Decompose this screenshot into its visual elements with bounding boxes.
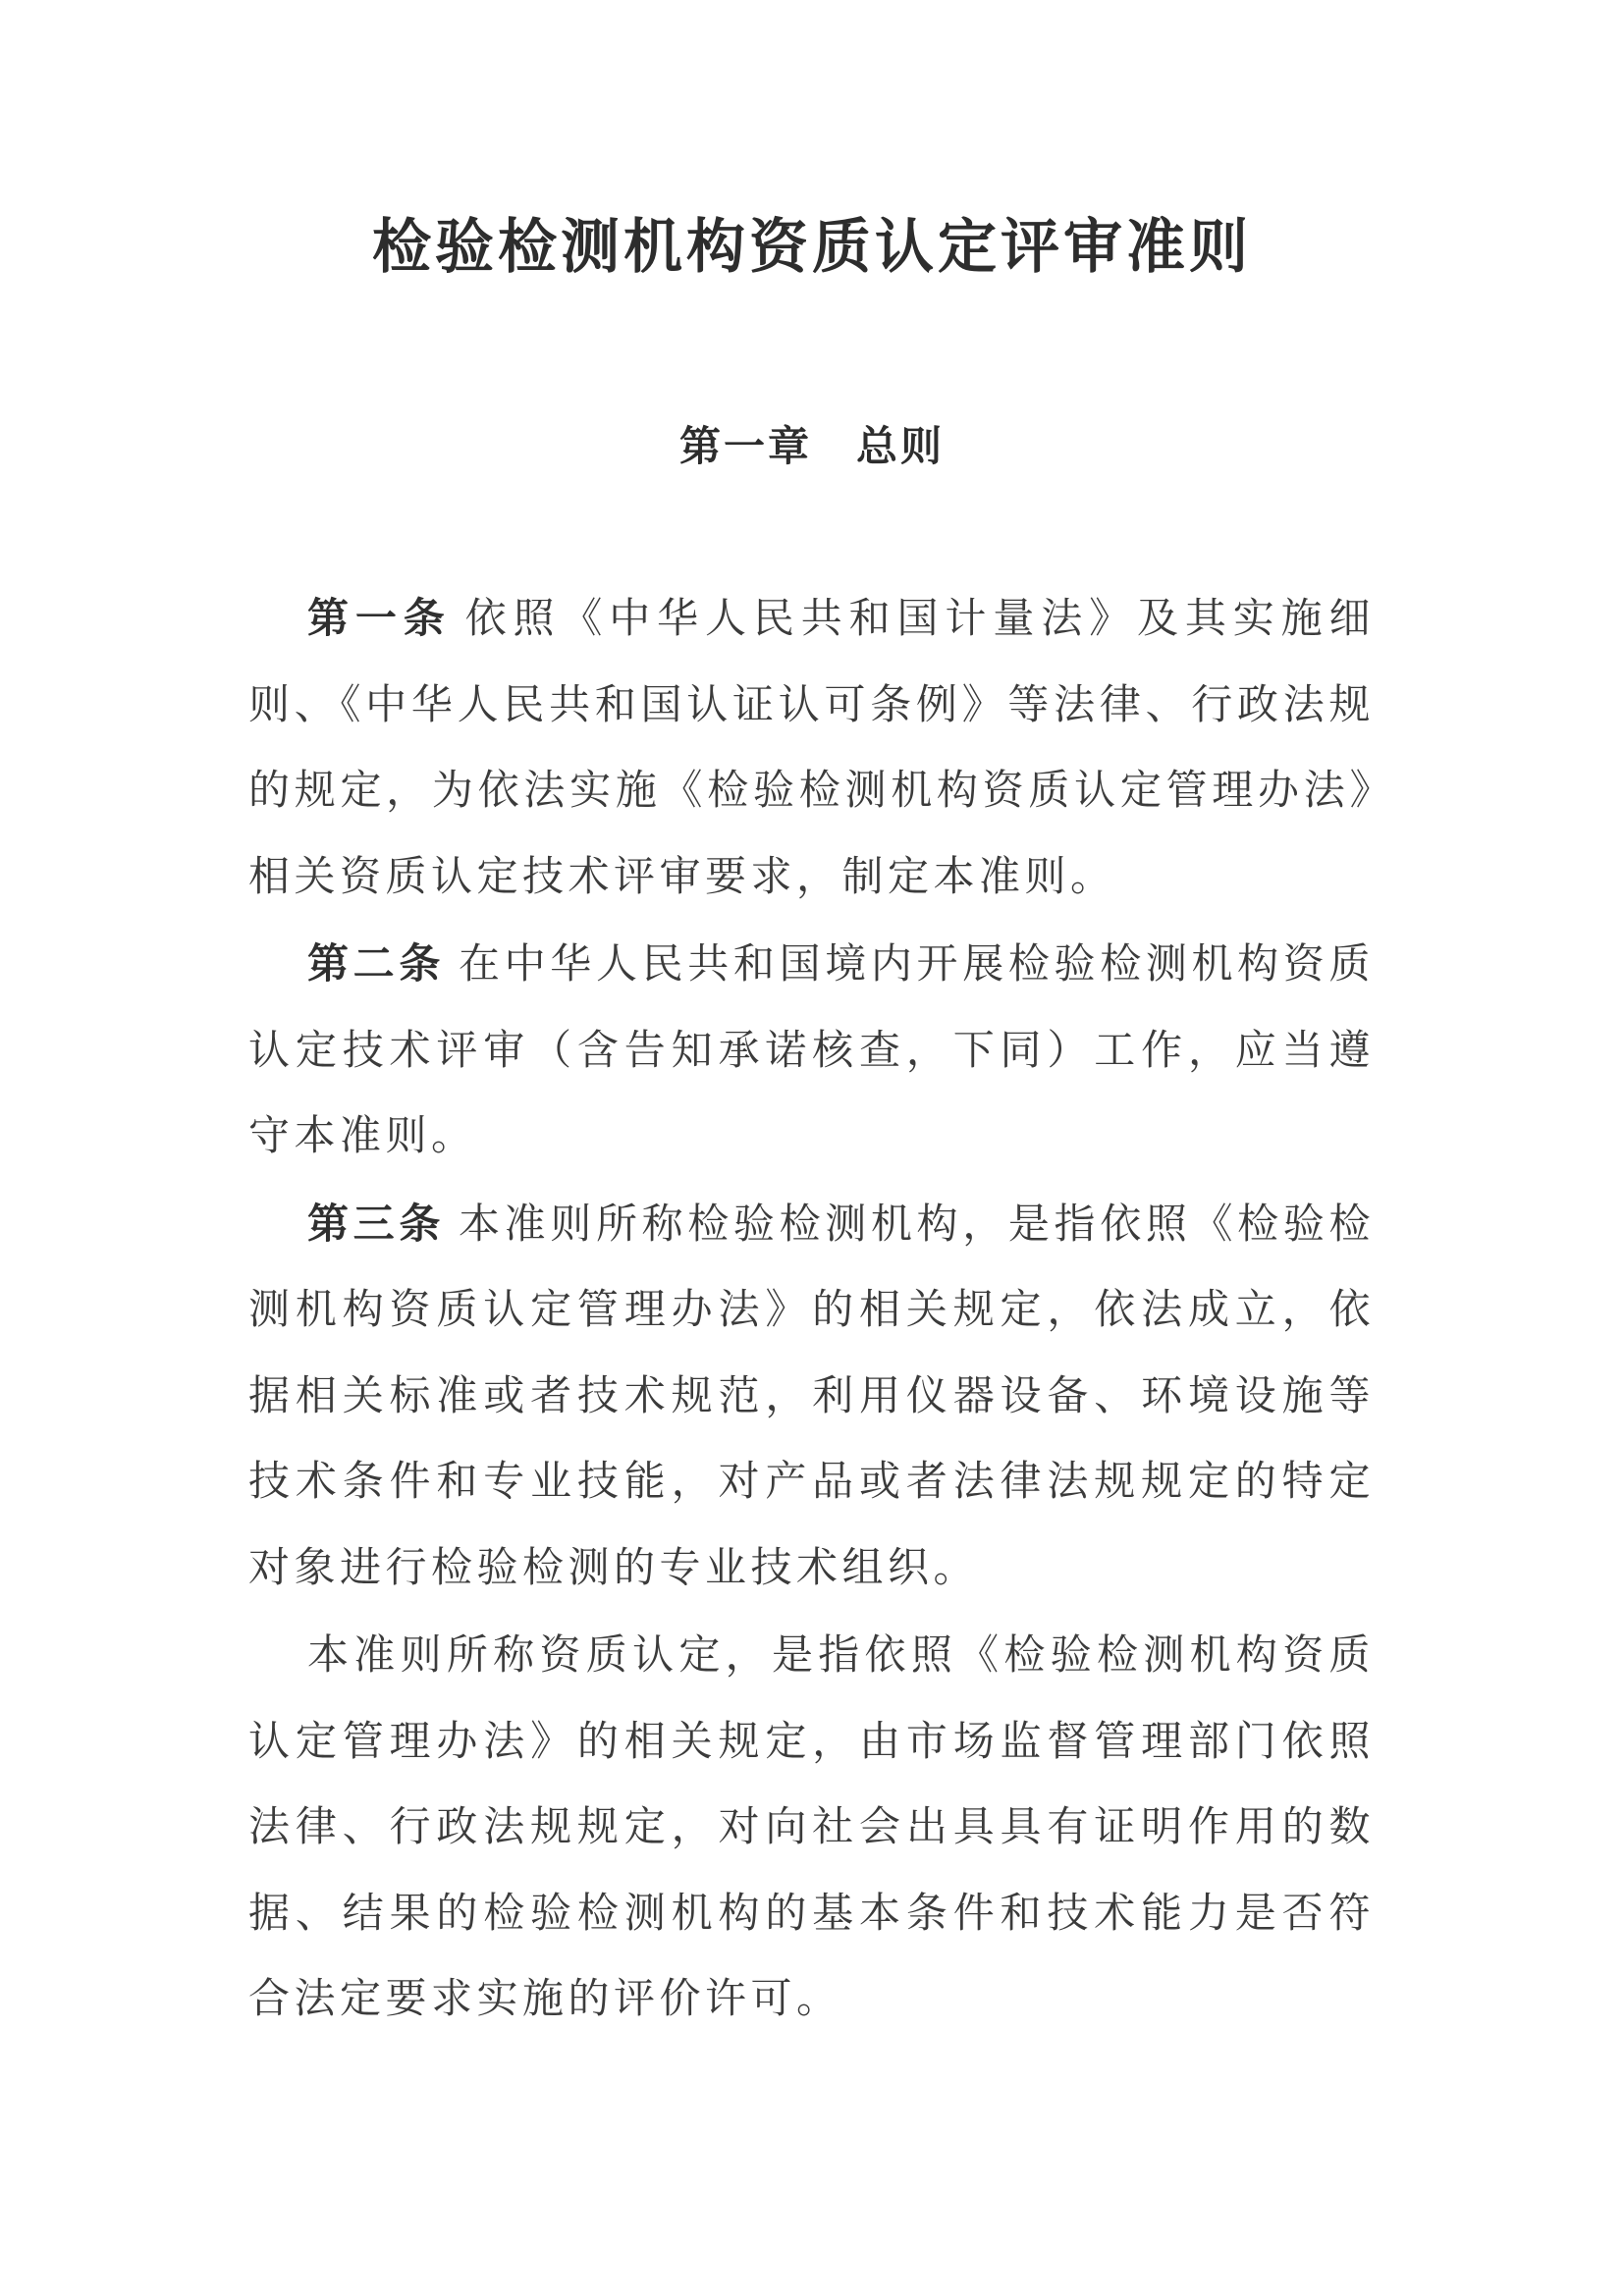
article-paragraph-3: 第三条本准则所称检验检测机构，是指依照《检验检测机构资质认定管理办法》的相关规定…	[248, 1181, 1375, 1613]
article-text-1: 依照《中华人民共和国计量法》及其实施细则、《中华人民共和国认证认可条例》等法律、…	[248, 597, 1375, 900]
document-page: 检验检测机构资质认定评审准则 第一章 总则 第一条依照《中华人民共和国计量法》及…	[0, 0, 1624, 2296]
document-body: 第一条依照《中华人民共和国计量法》及其实施细则、《中华人民共和国认证认可条例》等…	[248, 575, 1375, 2044]
document-title: 检验检测机构资质认定评审准则	[0, 208, 1624, 287]
article-number-3: 第三条	[307, 1201, 445, 1247]
article-text-4: 本准则所称资质认定，是指依照《检验检测机构资质认定管理办法》的相关规定，由市场监…	[248, 1633, 1375, 2022]
article-paragraph-4: 本准则所称资质认定，是指依照《检验检测机构资质认定管理办法》的相关规定，由市场监…	[248, 1612, 1375, 2044]
article-paragraph-1: 第一条依照《中华人民共和国计量法》及其实施细则、《中华人民共和国认证认可条例》等…	[248, 575, 1375, 921]
article-number-2: 第二条	[307, 940, 445, 987]
article-text-3: 本准则所称检验检测机构，是指依照《检验检测机构资质认定管理办法》的相关规定，依法…	[248, 1202, 1375, 1591]
chapter-heading: 第一章 总则	[0, 417, 1624, 476]
article-paragraph-2: 第二条在中华人民共和国境内开展检验检测机构资质认定技术评审（含告知承诺核查，下同…	[248, 921, 1375, 1181]
article-number-1: 第一条	[307, 595, 452, 641]
